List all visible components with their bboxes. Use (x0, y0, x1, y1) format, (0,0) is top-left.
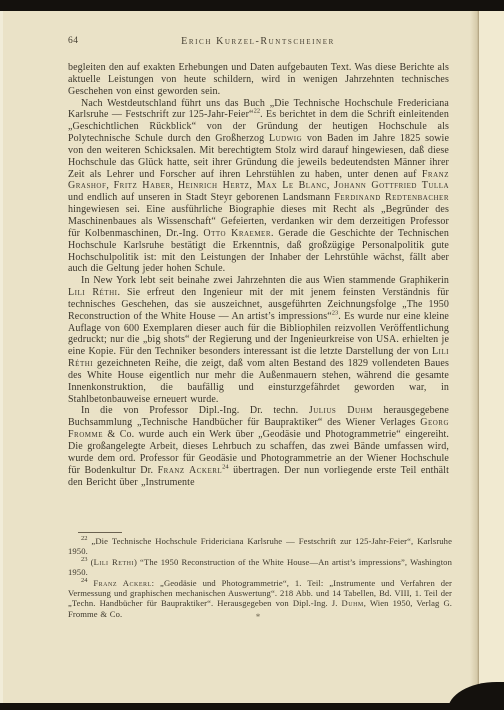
scan-edge-top (0, 0, 504, 11)
small-caps-name: Lili Réthi (68, 287, 117, 298)
text-run: „Die Technische Hochschule Fridericiana … (68, 536, 452, 556)
body-paragraph: Nach Westdeutschland führt uns das Buch … (68, 98, 449, 276)
small-caps-name: Johann Gottfried Tulla (334, 180, 449, 191)
text-run: In New York lebt seit beinahe zwei Jahrz… (81, 275, 449, 286)
small-caps-name: Max Le Blanc (257, 180, 327, 191)
page-fold-shadow (470, 11, 479, 703)
body-paragraph: In die von Professor Dipl.-Ing. Dr. tech… (68, 405, 449, 488)
text-run: , (249, 180, 256, 191)
section-divider-mark: * (68, 612, 448, 622)
scan-edge-bottom (0, 703, 504, 710)
footnote: 22 „Die Technische Hochschule Fridericia… (68, 536, 452, 557)
small-caps-name: Lili Rethi (94, 557, 134, 567)
page-header: 64 Erich Kurzel-Runtscheiner (68, 36, 448, 50)
small-caps-name: Ludwig (269, 133, 302, 144)
small-caps-name: Duhm (342, 598, 364, 608)
body-text-block: begleiten den auf exakten Erhebungen und… (68, 62, 449, 488)
text-run: In die von Professor Dipl.-Ing. Dr. tech… (81, 405, 309, 416)
small-caps-name: Otto Kraemer (203, 228, 271, 239)
small-caps-name: Fritz Haber (114, 180, 171, 191)
small-caps-name: Franz Ackerl (93, 578, 151, 588)
small-caps-name: Ferdinand Redtenbacher (334, 192, 449, 203)
footnote: 23 (Lili Rethi) “The 1950 Reconstruction… (68, 557, 452, 578)
text-run: , (171, 180, 178, 191)
small-caps-name: Franz Ackerl (158, 465, 223, 476)
text-run: begleiten den auf exakten Erhebungen und… (68, 62, 449, 97)
small-caps-name: Heinrich Hertz (178, 180, 249, 191)
scanned-book-page: 64 Erich Kurzel-Runtscheiner begleiten d… (0, 0, 504, 710)
scan-edge-left (0, 11, 3, 703)
small-caps-name: Julius Duhm (309, 405, 373, 416)
footnotes-block: 22 „Die Technische Hochschule Fridericia… (68, 536, 452, 619)
running-header-title: Erich Kurzel-Runtscheiner (68, 36, 448, 47)
next-page-edge (479, 11, 504, 703)
body-paragraph: In New York lebt seit beinahe zwei Jahrz… (68, 275, 449, 405)
text-run: gezeichneten Reihe, die zeigt, daß vom a… (68, 358, 449, 405)
text-run: und endlich auf unseren in Stadt Steyr g… (68, 192, 334, 203)
body-paragraph: begleiten den auf exakten Erhebungen und… (68, 62, 449, 98)
text-run: , (106, 180, 113, 191)
footnote-marker: 24 (81, 577, 88, 584)
footnote-separator-rule (78, 532, 122, 533)
